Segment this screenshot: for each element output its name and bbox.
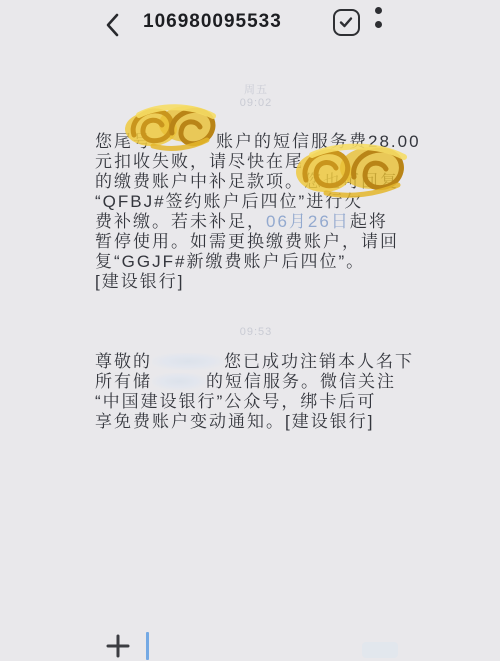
select-messages-button[interactable] (333, 9, 360, 36)
attach-button[interactable] (105, 633, 131, 659)
message-text-segment: 您已成功注销本人名下 (224, 352, 414, 371)
message-text-segment: 元扣收失败，请尽快在尾 (95, 152, 304, 171)
more-options-button[interactable] (374, 4, 384, 32)
message-text-segment: 的短信服务。微信关注 (206, 372, 396, 391)
message-text-segment: 起将 (350, 212, 388, 231)
received-message-1[interactable]: 您尾号账户的短信服务费28.00 元扣收失败，请尽快在尾 的缴费账户中补足款项。… (95, 132, 421, 292)
message-text-segment: 账户的短信服务费28.00 (216, 132, 421, 151)
checkbox-check-icon (335, 11, 357, 33)
plus-icon (105, 633, 131, 659)
bank-signature: [建设银行] (95, 272, 184, 291)
received-message-2[interactable]: 尊敬的您已成功注销本人名下 所有储的短信服务。微信关注 “中国建设银行”公众号，… (95, 352, 414, 432)
sender-number-title: 106980095533 (143, 11, 282, 33)
back-button[interactable] (102, 12, 124, 38)
blurred-account-text (152, 373, 206, 390)
message-line: 元扣收失败，请尽快在尾 (95, 152, 421, 172)
redacted-account-digits (152, 133, 216, 147)
message-text-segment: 的缴费账户中补足款项。您也可回复 (95, 172, 399, 191)
message-line: [建设银行] (95, 272, 421, 292)
message-line: 费补缴。若未补足，06月26日起将 (95, 212, 421, 232)
message-line: 尊敬的您已成功注销本人名下 (95, 352, 414, 372)
timestamp-day: 周五 (95, 84, 417, 97)
message-text-segment: 享免费账户变动通知。[建设银行] (95, 412, 374, 431)
message-text-segment: 您尾号 (95, 132, 152, 151)
kebab-dot (375, 7, 382, 14)
message-text-segment: 复“GGJF#新缴费账户后四位”。 (95, 252, 365, 271)
redacted-account-digits (304, 153, 404, 167)
message-line: 享免费账户变动通知。[建设银行] (95, 412, 414, 432)
message-line: 您尾号账户的短信服务费28.00 (95, 132, 421, 152)
timestamp-separator-second: 09:53 (95, 326, 417, 339)
text-cursor (146, 632, 149, 660)
message-text-segment: 所有储 (95, 372, 152, 391)
kebab-dot (375, 21, 382, 28)
timestamp-time: 09:53 (95, 326, 417, 339)
blurred-customer-name (152, 353, 224, 370)
message-line: 所有储的短信服务。微信关注 (95, 372, 414, 392)
timestamp-separator-first: 周五 09:02 (95, 84, 417, 110)
sms-conversation-screen: 106980095533 周五 09:02 您尾号账户的短信服务费28.00 元… (0, 0, 500, 661)
timestamp-time: 09:02 (95, 97, 417, 110)
message-text-segment: 费补缴。若未补足， (95, 212, 266, 231)
message-line: “中国建设银行”公众号，绑卡后可 (95, 392, 414, 412)
message-text-segment: “中国建设银行”公众号，绑卡后可 (95, 392, 376, 411)
date-link[interactable]: 06月26日 (266, 212, 350, 231)
chevron-left-icon (102, 12, 124, 38)
message-line: “QFBJ#签约账户后四位”进行欠 (95, 192, 421, 212)
conversation-header: 106980095533 (0, 0, 500, 54)
message-text-segment: “QFBJ#签约账户后四位”进行欠 (95, 192, 363, 211)
message-line: 暂停使用。如需更换缴费账户，请回 (95, 232, 421, 252)
message-text-segment: 尊敬的 (95, 352, 152, 371)
message-line: 复“GGJF#新缴费账户后四位”。 (95, 252, 421, 272)
compose-bar (0, 620, 500, 661)
message-text-segment: 暂停使用。如需更换缴费账户，请回 (95, 232, 399, 251)
message-input[interactable] (140, 626, 400, 660)
message-line: 的缴费账户中补足款项。您也可回复 (95, 172, 421, 192)
send-button-faded[interactable] (362, 642, 398, 658)
